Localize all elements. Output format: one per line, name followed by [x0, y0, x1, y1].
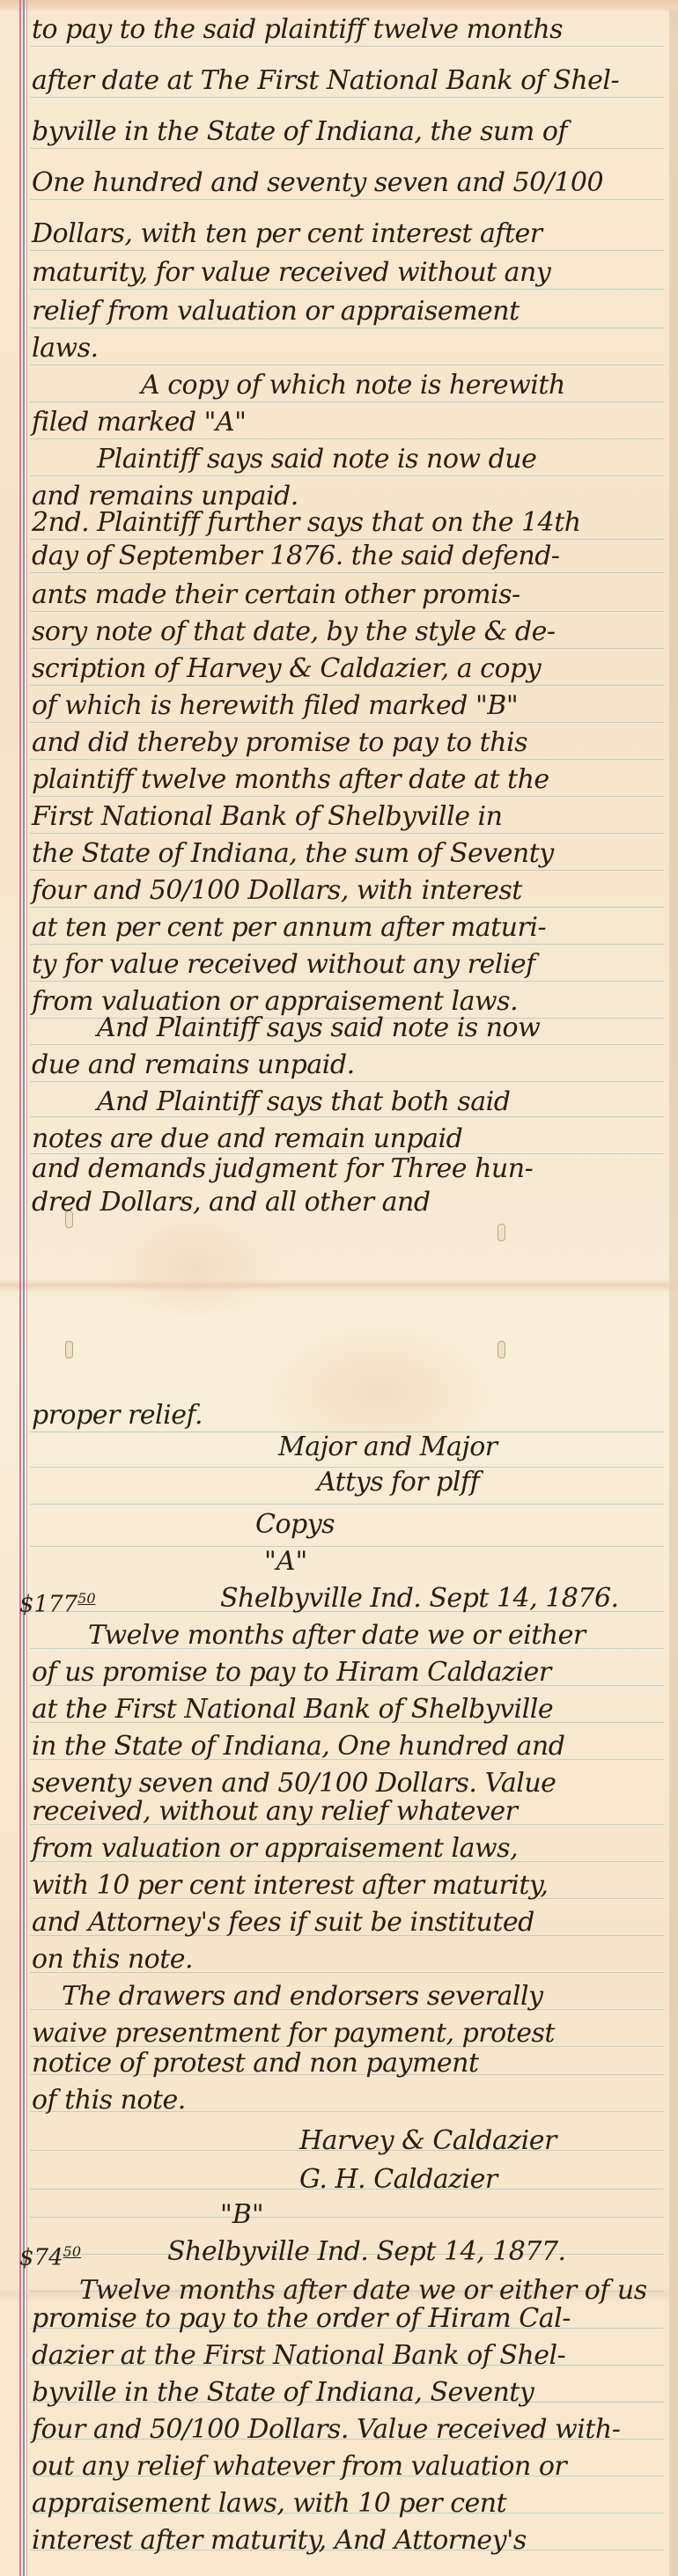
complaint-line: plaintiff twelve months after date at th… — [32, 762, 549, 798]
exhibit-a-line: and Attorney's fees if suit be institute… — [32, 1905, 534, 1940]
exhibit-a-line: on this note. — [32, 1942, 193, 1977]
exhibit-b-line: promise to pay to the order of Hiram Cal… — [32, 2301, 571, 2337]
pin-hole — [497, 1224, 505, 1241]
exhibit-a-line: received, without any relief whatever — [32, 1794, 517, 1829]
exhibit-a-line: in the State of Indiana, One hundred and — [32, 1729, 564, 1764]
attorney-signature-title: Attys for plff — [317, 1465, 479, 1500]
exhibit-b-line: four and 50/100 Dollars. Value received … — [32, 2412, 620, 2447]
exhibit-a-line: with 10 per cent interest after maturity… — [32, 1868, 548, 1903]
exhibit-a-label: "A" — [264, 1544, 307, 1579]
ruled-line — [30, 1504, 664, 1505]
exhibit-a-line: Twelve months after date we or either — [88, 1618, 586, 1653]
amount-dollars: $74 — [19, 2245, 63, 2271]
margin-line-blue — [23, 0, 25, 2576]
complaint-line: day of September 1876. the said defend- — [32, 539, 560, 574]
complaint-line: And Plaintiff says said note is now — [97, 1011, 540, 1046]
exhibit-a-place-date: Shelbyville Ind. Sept 14, 1876. — [220, 1581, 619, 1616]
attorney-signature-name: Major and Major — [278, 1430, 497, 1465]
exhibit-b-line: dazier at the First National Bank of She… — [32, 2338, 565, 2374]
complaint-line: scription of Harvey & Caldazier, a copy — [32, 651, 541, 687]
exhibit-a-signature: G. H. Caldazier — [299, 2162, 497, 2197]
complaint-line: relief from valuation or appraisement — [32, 294, 520, 329]
complaint-line: One hundred and seventy seven and 50/100 — [32, 166, 603, 201]
exhibit-b-line: interest after maturity, And Attorney's — [32, 2523, 527, 2558]
ruled-line — [30, 364, 664, 365]
complaint-line: the State of Indiana, the sum of Seventy — [32, 836, 554, 872]
ruled-line — [30, 2217, 664, 2218]
complaint-line: Plaintiff says said note is now due — [97, 442, 536, 477]
paper-fold-crease — [0, 1278, 678, 1292]
complaint-line: dred Dollars, and all other and — [32, 1185, 431, 1220]
ruled-line — [30, 1546, 664, 1547]
exhibit-b-line: out any relief whatever from valuation o… — [32, 2449, 566, 2484]
complaint-line: And Plaintiff says that both said — [97, 1085, 510, 1120]
copies-heading: Copys — [255, 1507, 335, 1542]
exhibit-a-line: of this note. — [32, 2083, 186, 2118]
margin-line-red-inner — [26, 0, 27, 2576]
complaint-line: 2nd. Plaintiff further says that on the … — [32, 505, 581, 541]
exhibit-a-line: from valuation or appraisement laws, — [32, 1831, 518, 1866]
complaint-line: laws. — [32, 331, 99, 366]
complaint-line: A copy of which note is herewith — [141, 368, 565, 403]
complaint-line: of which is herewith filed marked "B" — [32, 688, 518, 724]
complaint-line: Dollars, with ten per cent interest afte… — [32, 217, 542, 252]
complaint-line: ty for value received without any relief — [32, 947, 535, 983]
exhibit-a-amount: $17750 — [19, 1581, 96, 1623]
complaint-line: due and remains unpaid. — [32, 1048, 355, 1083]
complaint-line: ants made their certain other promis- — [32, 578, 520, 613]
paper-stain — [106, 1215, 282, 1321]
complaint-line: maturity, for value received without any — [32, 255, 550, 291]
complaint-line: sory note of that date, by the style & d… — [32, 615, 556, 650]
exhibit-a-signature: Harvey & Caldazier — [299, 2123, 556, 2159]
exhibit-a-line: at the First National Bank of Shelbyvill… — [32, 1692, 553, 1727]
pin-hole — [497, 1341, 505, 1358]
complaint-line: at ten per cent per annum after maturi- — [32, 910, 546, 946]
complaint-line: four and 50/100 Dollars, with interest — [32, 873, 522, 909]
complaint-line: First National Bank of Shelbyville in — [32, 799, 502, 835]
amount-cents: 50 — [63, 2243, 81, 2260]
complaint-line: byville in the State of Indiana, the sum… — [32, 114, 567, 150]
document-page: to pay to the said plaintiff twelve mont… — [0, 0, 678, 2576]
top-fold-edge — [0, 0, 678, 11]
complaint-line: after date at The First National Bank of… — [32, 63, 619, 99]
margin-line-red — [19, 0, 21, 2576]
complaint-line: and did thereby promise to pay to this — [32, 725, 527, 761]
pin-hole — [65, 1341, 73, 1358]
complaint-line: to pay to the said plaintiff twelve mont… — [32, 12, 563, 48]
amount-cents: 50 — [77, 1590, 95, 1607]
exhibit-b-line: appraisement laws, with 10 per cent — [32, 2486, 506, 2521]
exhibit-b-line: byville in the State of Indiana, Seventy — [32, 2375, 534, 2410]
exhibit-a-line: notice of protest and non payment — [32, 2046, 479, 2081]
exhibit-b-amount: $7450 — [19, 2234, 81, 2276]
exhibit-b-label: "B" — [220, 2197, 264, 2233]
exhibit-a-line: The drawers and endorsers severally — [62, 1979, 543, 2014]
complaint-line: filed marked "A" — [32, 405, 246, 440]
complaint-continuation: proper relief. — [32, 1398, 203, 1433]
amount-dollars: $177 — [19, 1592, 77, 1618]
exhibit-b-place-date: Shelbyville Ind. Sept 14, 1877. — [167, 2234, 566, 2270]
exhibit-a-line: of us promise to pay to Hiram Caldazier — [32, 1655, 551, 1690]
complaint-line: and demands judgment for Three hun- — [32, 1152, 533, 1187]
